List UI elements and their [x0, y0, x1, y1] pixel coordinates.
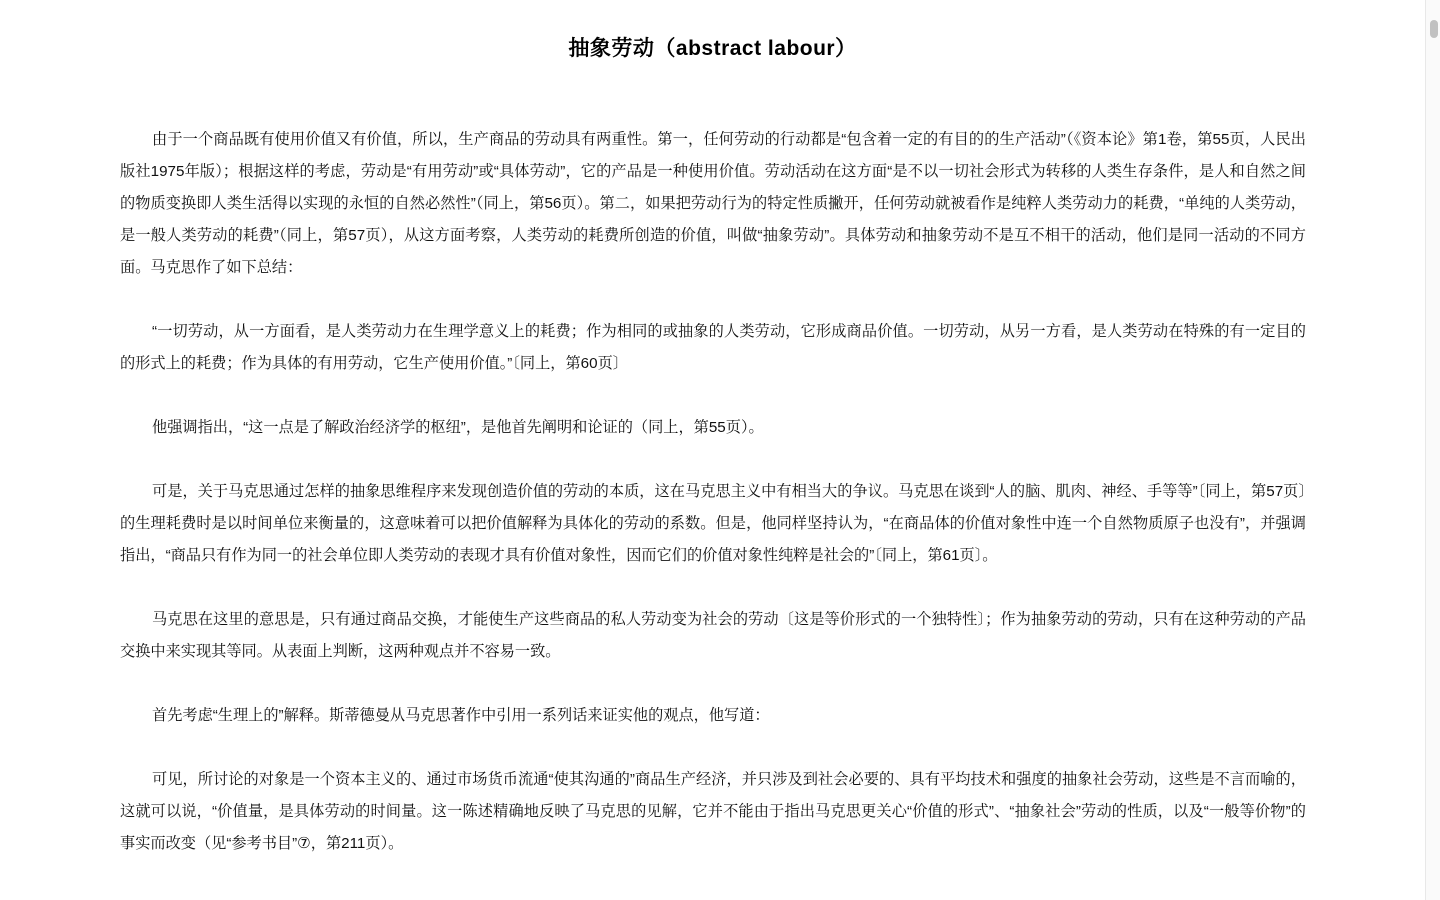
page-title: 抽象劳动（abstract labour）: [0, 32, 1425, 66]
document-page: 抽象劳动（abstract labour） 由于一个商品既有使用价值又有价值，所…: [0, 0, 1425, 900]
paragraph-7: 可见，所讨论的对象是一个资本主义的、通过市场货币流通“使其沟通的”商品生产经济，…: [120, 764, 1306, 860]
paragraph-1: 由于一个商品既有使用价值又有价值，所以，生产商品的劳动具有两重性。第一，任何劳动…: [120, 124, 1306, 284]
paragraph-2-quote: “一切劳动，从一方面看，是人类劳动力在生理学意义上的耗费；作为相同的或抽象的人类…: [120, 316, 1306, 380]
paragraph-4: 可是，关于马克思通过怎样的抽象思维程序来发现创造价值的劳动的本质，这在马克思主义…: [120, 476, 1306, 572]
paragraph-6: 首先考虑“生理上的”解释。斯蒂德曼从马克思著作中引用一系列话来证实他的观点，他写…: [120, 700, 1306, 732]
scrollbar-thumb[interactable]: [1430, 20, 1438, 38]
vertical-scrollbar[interactable]: [1425, 0, 1440, 900]
paragraph-5: 马克思在这里的意思是，只有通过商品交换，才能使生产这些商品的私人劳动变为社会的劳…: [120, 604, 1306, 668]
article-body: 由于一个商品既有使用价值又有价值，所以，生产商品的劳动具有两重性。第一，任何劳动…: [120, 124, 1306, 892]
paragraph-3: 他强调指出，“这一点是了解政治经济学的枢纽”，是他首先阐明和论证的（同上，第55…: [120, 412, 1306, 444]
